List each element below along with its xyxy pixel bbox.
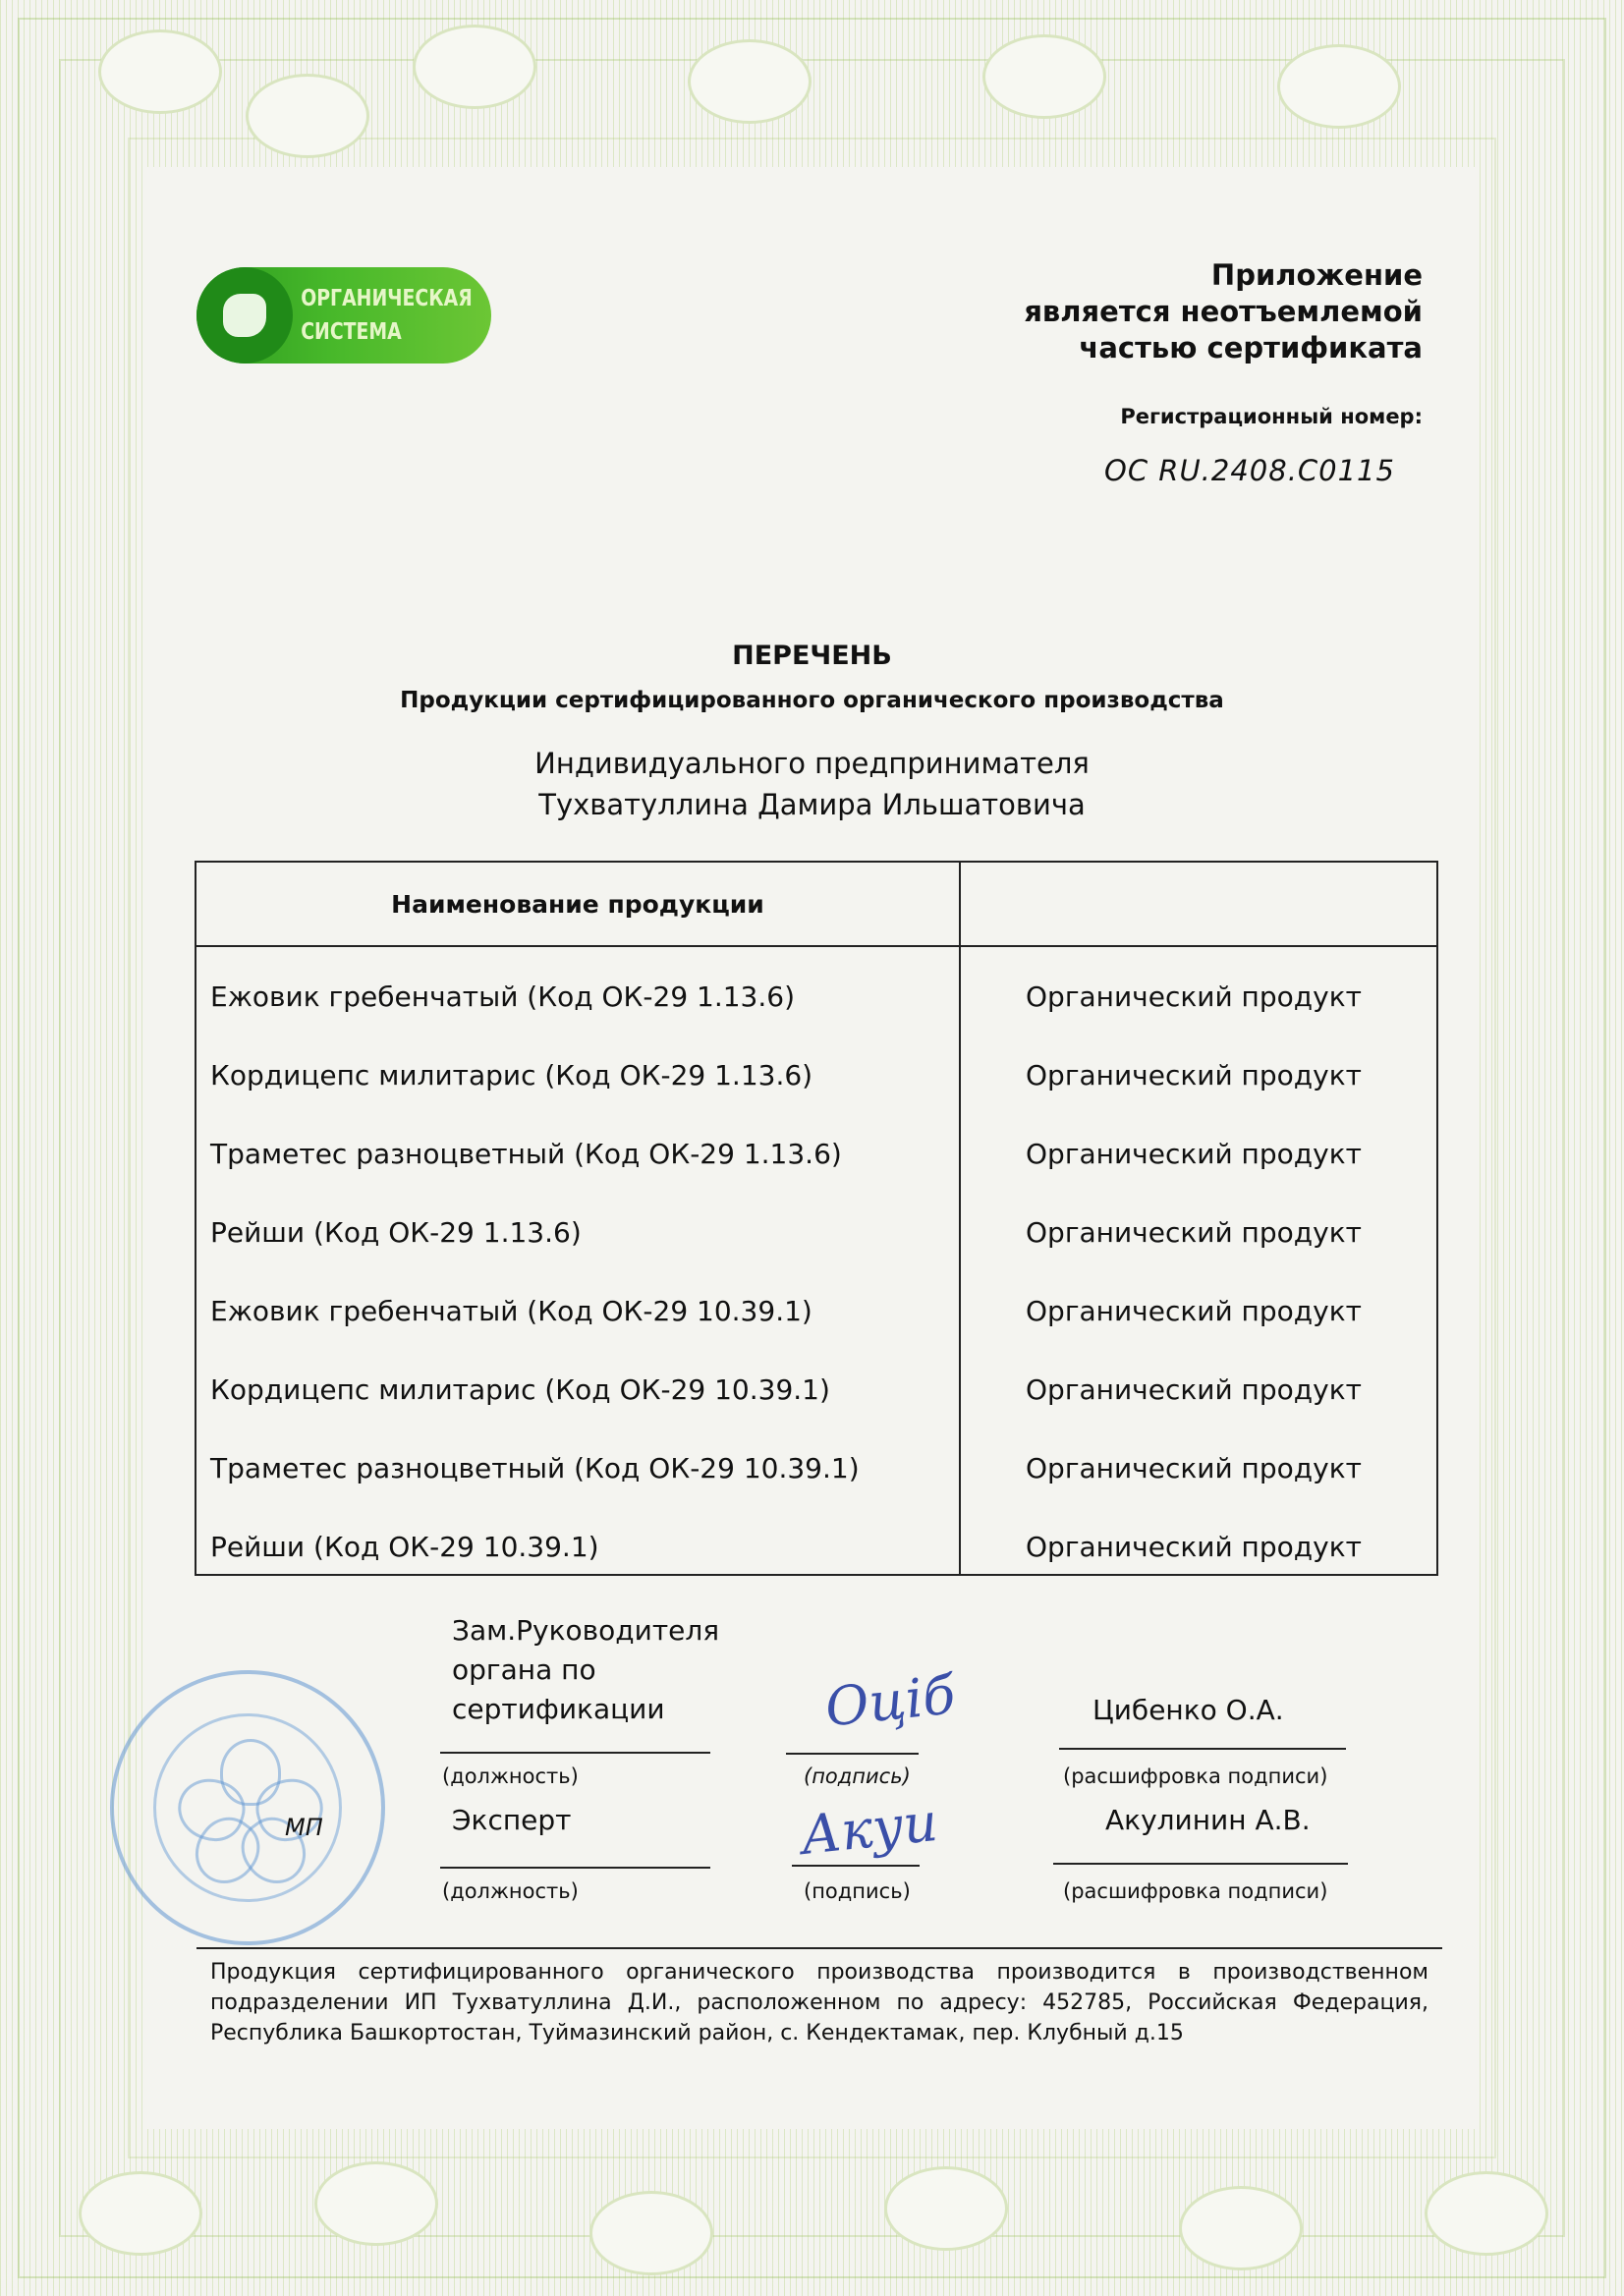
product-status-cell: Органический продукт — [1026, 1531, 1362, 1563]
product-status-cell: Органический продукт — [1026, 980, 1362, 1013]
entity-line-2: Тухватуллина Дамира Ильшатовича — [0, 784, 1624, 825]
table-row: Ежовик гребенчатый (Код ОК-29 10.39.1)Ор… — [196, 1295, 1436, 1373]
appendix-line-1: Приложение — [1024, 257, 1423, 294]
products-table: Наименование продукции Ежовик гребенчаты… — [195, 861, 1438, 1576]
product-status-cell: Органический продукт — [1026, 1216, 1362, 1249]
product-status-cell: Органический продукт — [1026, 1452, 1362, 1484]
document-title: ПЕРЕЧЕНЬ — [0, 641, 1624, 671]
signer1-position-line-1: Зам.Руководителя — [452, 1611, 719, 1651]
logo-line-2: СИСТЕМА — [301, 315, 473, 349]
registration-number: ОС RU.2408.С0115 — [1104, 454, 1395, 487]
table-body: Ежовик гребенчатый (Код ОК-29 1.13.6)Орг… — [196, 980, 1436, 1609]
signer2-signature-line — [792, 1865, 920, 1867]
signer2-signature-caption: (подпись) — [804, 1879, 911, 1903]
signer1-name: Цибенко О.А. — [1092, 1694, 1284, 1726]
border-ornament — [246, 74, 369, 158]
entity-name: Индивидуального предпринимателя Тухватул… — [0, 743, 1624, 825]
signer1-position-caption: (должность) — [442, 1764, 579, 1788]
signer1-signature: Оцiб — [822, 1663, 958, 1738]
column-header-name: Наименование продукции — [196, 890, 959, 919]
border-ornament — [688, 39, 812, 124]
product-name-cell: Ежовик гребенчатый (Код ОК-29 10.39.1) — [210, 1295, 812, 1327]
signer2-signature: Акуи — [798, 1791, 940, 1867]
border-ornament — [98, 29, 222, 114]
border-ornament — [79, 2171, 202, 2256]
border-ornament — [982, 34, 1106, 119]
product-status-cell: Органический продукт — [1026, 1059, 1362, 1092]
signer1-name-caption: (расшифровка подписи) — [1063, 1764, 1327, 1788]
organic-system-logo: ОРГАНИЧЕСКАЯ СИСТЕМА — [196, 267, 491, 364]
product-name-cell: Рейши (Код ОК-29 1.13.6) — [210, 1216, 582, 1249]
leaf-icon — [223, 294, 266, 337]
signer2-name-caption: (расшифровка подписи) — [1063, 1879, 1327, 1903]
appendix-note: Приложение является неотъемлемой частью … — [1024, 257, 1423, 366]
signer1-position-line-2: органа по — [452, 1651, 719, 1690]
signer1-name-line — [1059, 1748, 1346, 1750]
signer1-position: Зам.Руководителя органа по сертификации — [452, 1611, 719, 1729]
production-address-note: Продукция сертифицированного органическо… — [210, 1957, 1428, 2048]
product-status-cell: Органический продукт — [1026, 1138, 1362, 1170]
table-row: Кордицепс милитарис (Код ОК-29 10.39.1)О… — [196, 1373, 1436, 1452]
table-row: Рейши (Код ОК-29 10.39.1)Органический пр… — [196, 1531, 1436, 1609]
table-row: Траметес разноцветный (Код ОК-29 1.13.6)… — [196, 1138, 1436, 1216]
signer2-position-caption: (должность) — [442, 1879, 579, 1903]
signer2-name-line — [1053, 1863, 1348, 1865]
border-ornament — [1179, 2186, 1303, 2270]
stamp-flower-icon — [189, 1749, 307, 1867]
product-status-cell: Органический продукт — [1026, 1373, 1362, 1406]
product-name-cell: Кордицепс милитарис (Код ОК-29 1.13.6) — [210, 1059, 812, 1092]
appendix-line-3: частью сертификата — [1024, 330, 1423, 366]
border-ornament — [314, 2161, 438, 2246]
footer-divider — [196, 1947, 1442, 1949]
logo-line-1: ОРГАНИЧЕСКАЯ — [301, 282, 473, 315]
signer1-signature-caption: (подпись) — [804, 1764, 911, 1788]
product-name-cell: Траметес разноцветный (Код ОК-29 10.39.1… — [210, 1452, 860, 1484]
table-row: Ежовик гребенчатый (Код ОК-29 1.13.6)Орг… — [196, 980, 1436, 1059]
logo-text: ОРГАНИЧЕСКАЯ СИСТЕМА — [293, 282, 473, 349]
signer2-name: Акулинин А.В. — [1105, 1804, 1311, 1836]
border-ornament — [589, 2191, 713, 2275]
seal-label: МП — [285, 1814, 323, 1841]
table-row: Кордицепс милитарис (Код ОК-29 1.13.6)Ор… — [196, 1059, 1436, 1138]
table-row: Траметес разноцветный (Код ОК-29 10.39.1… — [196, 1452, 1436, 1531]
signer2-position-line — [440, 1867, 710, 1869]
product-name-cell: Рейши (Код ОК-29 10.39.1) — [210, 1531, 599, 1563]
appendix-line-2: является неотъемлемой — [1024, 294, 1423, 330]
official-stamp — [110, 1670, 385, 1945]
product-status-cell: Органический продукт — [1026, 1295, 1362, 1327]
border-ornament — [884, 2166, 1008, 2251]
registration-label: Регистрационный номер: — [1120, 405, 1423, 428]
border-ornament — [1277, 44, 1401, 129]
entity-line-1: Индивидуального предпринимателя — [0, 743, 1624, 784]
document-subtitle: Продукции сертифицированного органическо… — [0, 688, 1624, 713]
signer2-position: Эксперт — [452, 1804, 571, 1836]
table-row: Рейши (Код ОК-29 1.13.6)Органический про… — [196, 1216, 1436, 1295]
header-divider — [196, 945, 1436, 947]
logo-emblem — [196, 267, 293, 364]
signer1-position-line — [440, 1752, 710, 1754]
signer1-position-line-3: сертификации — [452, 1690, 719, 1729]
product-name-cell: Траметес разноцветный (Код ОК-29 1.13.6) — [210, 1138, 842, 1170]
product-name-cell: Кордицепс милитарис (Код ОК-29 10.39.1) — [210, 1373, 830, 1406]
border-ornament — [413, 25, 536, 109]
signer1-signature-line — [786, 1753, 919, 1755]
border-ornament — [1425, 2171, 1548, 2256]
product-name-cell: Ежовик гребенчатый (Код ОК-29 1.13.6) — [210, 980, 795, 1013]
